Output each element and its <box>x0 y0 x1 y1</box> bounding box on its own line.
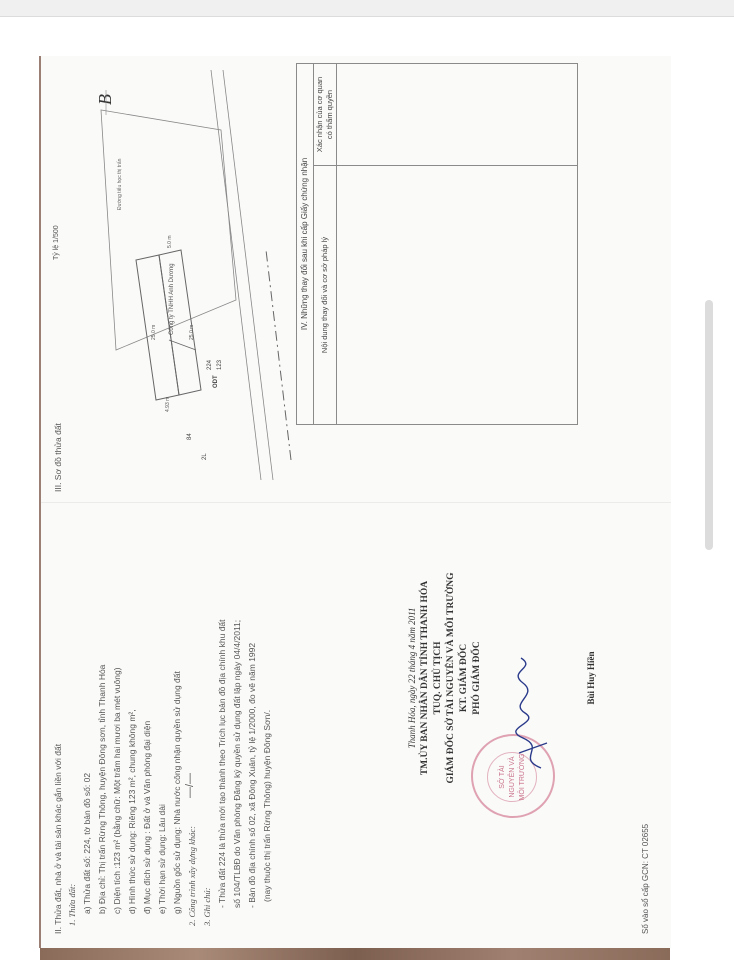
other-construction-value: —/— <box>185 773 195 798</box>
deputy-title: KT. GIÁM ĐỐC <box>458 528 471 828</box>
left-page: II. Thửa đất, nhà ở và tài sản khác gắn … <box>41 503 671 948</box>
authority-confirmation-cell <box>337 64 577 165</box>
other-construction-label: 2. Công trình xây dựng khác: <box>187 826 197 926</box>
dim-right-label: 5.0 m <box>167 235 173 248</box>
wood-background <box>40 948 670 960</box>
certificate-page: II. Thửa đất, nhà ở và tài sản khác gắn … <box>41 56 671 948</box>
parcel-number: 224 <box>207 359 213 370</box>
note-line: (nay thuộc thị trấn Rừng Thông) huyện Đô… <box>262 710 272 902</box>
land-item: e) Thời hạn sử dụng: Lâu dài <box>157 804 167 914</box>
land-item: g) Nguồn gốc sử dụng: Nhà nước công nhận… <box>172 671 182 914</box>
col-authority-line1: Xác nhận của cơ quan <box>315 64 325 165</box>
land-item: đ) Mục đích sử dụng : Đất ở và Văn phòng… <box>142 721 152 914</box>
dim-top-label: 25.0 m <box>151 325 157 340</box>
changes-table-header: Nội dung thay đổi và cơ sở pháp lý Xác n… <box>314 64 337 424</box>
parcel-area: 123 <box>217 359 223 370</box>
neighbor-owner-label: Công ty TNHH Anh Dương <box>169 263 175 335</box>
land-item: a) Thửa đất số: 224, tờ bản đồ số: 02 <box>82 773 92 914</box>
land-heading: 1. Thửa đất: <box>67 884 77 926</box>
signer-name: Bùi Huy Hiền <box>586 528 596 828</box>
section-ii-title: II. Thửa đất, nhà ở và tài sản khác gắn … <box>53 744 63 934</box>
dim-left-label: 4.93 m <box>165 397 171 412</box>
issuing-org: TM.ỦY BAN NHÂN DÂN TỈNH THANH HÓA <box>419 528 432 828</box>
side-sheet-2: 2L <box>202 453 208 460</box>
viewer-top-bar <box>0 0 734 17</box>
changes-table-title: IV. Những thay đổi sau khi cấp Giấy chứn… <box>297 64 314 424</box>
note-line: - Bản đồ địa chính số 02, xã Đông Xuân, … <box>247 643 257 908</box>
land-type: ODT <box>213 375 219 388</box>
col-authority-line2: có thẩm quyền <box>325 64 335 165</box>
registry-serial: Số vào sổ cấp GCN: CT 02655 <box>641 824 650 934</box>
vertical-scrollbar[interactable] <box>705 300 713 550</box>
note-line: số 104/TLBĐ do Văn phòng Đăng ký quyền s… <box>232 620 242 908</box>
changes-table-body <box>337 64 577 424</box>
map-scale: Tỷ lệ 1/500 <box>53 225 60 260</box>
land-item: c) Diện tích :123 m² (bằng chữ: Một trăm… <box>112 667 122 914</box>
issuing-department: GIÁM ĐỐC SỞ TÀI NGUYÊN VÀ MÔI TRƯỜNG <box>445 528 458 828</box>
dim-bottom-label: 25.0 m <box>189 325 195 340</box>
change-content-cell <box>337 165 577 424</box>
parcel-map: Công ty TNHH Anh Dương 25.0 m 25.0 m 4.9… <box>61 56 321 500</box>
issue-date: Thanh Hóa, ngày 22 tháng 4 năm 2011 <box>406 528 419 828</box>
road-label: Đường tiểu học thị trấn <box>116 158 123 210</box>
note-line: - Thửa đất 224 là thửa mới tạo thành the… <box>217 619 227 908</box>
notes-label: 3. Ghi chú: <box>202 888 212 926</box>
side-sheet: 84 <box>187 433 193 440</box>
land-item: b) Địa chỉ: Thị trấn Rừng Thông, huyện Đ… <box>97 665 107 914</box>
col-authority-confirmation: Xác nhận của cơ quan có thẩm quyền <box>314 64 336 165</box>
signature <box>511 653 551 773</box>
land-item: d) Hình thức sử dụng: Riêng 123 m², chun… <box>127 709 137 914</box>
col-change-content: Nội dung thay đổi và cơ sở pháp lý <box>314 165 336 424</box>
right-page: III. Sơ đồ thửa đất Tỷ lệ 1/500 Công ty … <box>41 56 671 500</box>
issuing-authority: TUQ. CHỦ TỊCH <box>432 528 445 828</box>
changes-table: IV. Những thay đổi sau khi cấp Giấy chứn… <box>296 63 578 425</box>
north-arrow-icon: B <box>95 94 115 105</box>
